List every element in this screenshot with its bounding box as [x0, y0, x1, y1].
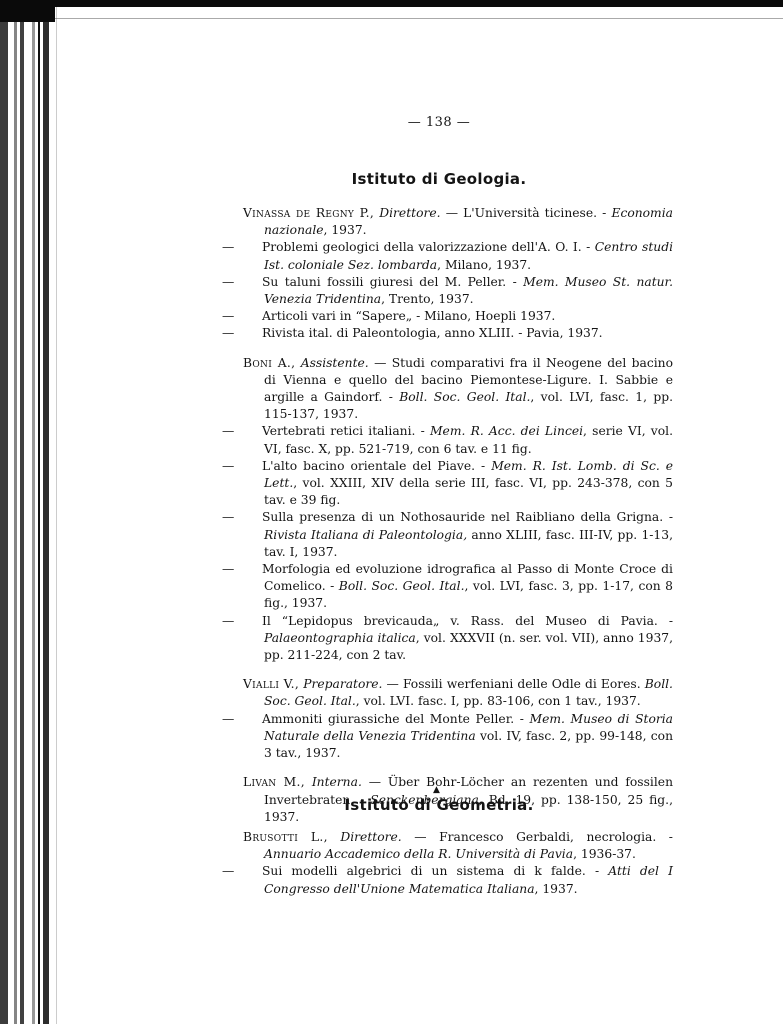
- bib-entry: —L'alto bacino orientale del Piave. - Me…: [243, 458, 673, 510]
- ornament-mark: ▲: [433, 785, 440, 795]
- bib-entry: —Vertebrati retici italiani. - Mem. R. A…: [243, 423, 673, 457]
- scan-top-border: [40, 0, 783, 7]
- author-name: Vialli V.,: [243, 677, 299, 691]
- bib-entry: —Problemi geologici della valorizzazione…: [243, 239, 673, 273]
- bib-entry: Vinassa de Regny P., Direttore. — L'Univ…: [243, 205, 673, 239]
- author-name: Boni A.,: [243, 356, 295, 370]
- bib-entry: —Ammoniti giurassiche del Monte Peller. …: [243, 711, 673, 763]
- author-role: Direttore.: [340, 830, 401, 844]
- bib-entry: Boni A., Assistente. — Studi comparativi…: [243, 355, 673, 424]
- author-block-boni: Boni A., Assistente. — Studi comparativi…: [243, 355, 673, 665]
- bib-entry: —Sui modelli algebrici di un sistema di …: [243, 863, 673, 897]
- binding-edge: [0, 0, 60, 1024]
- page-number: — 138 —: [0, 115, 783, 130]
- author-name: Livan M.,: [243, 775, 305, 789]
- bib-entry: Brusotti L., Direttore. — Francesco Gerb…: [243, 829, 673, 863]
- author-block-vinassa: Vinassa de Regny P., Direttore. — L'Univ…: [243, 205, 673, 343]
- section-title-geologia: Istituto di Geologia.: [0, 170, 783, 188]
- bib-entry: —Su taluni fossili giuresi del M. Peller…: [243, 274, 673, 308]
- section-geometria: Brusotti L., Direttore. — Francesco Gerb…: [243, 829, 673, 906]
- scan-top-line: [55, 18, 783, 19]
- bib-entry: —Il “Lepidopus brevicauda„ v. Rass. del …: [243, 613, 673, 665]
- author-role: Interna.: [312, 775, 362, 789]
- author-role: Assistente.: [301, 356, 369, 370]
- bib-entry: Vialli V., Preparatore. — Fossili werfen…: [243, 676, 673, 710]
- section-geologia: Vinassa de Regny P., Direttore. — L'Univ…: [243, 205, 673, 834]
- author-block-vialli: Vialli V., Preparatore. — Fossili werfen…: [243, 676, 673, 762]
- bib-entry: —Rivista ital. di Paleontologia, anno XL…: [243, 325, 673, 342]
- bib-entry: —Articoli vari in “Sapere„ - Milano, Hoe…: [243, 308, 673, 325]
- author-name: Vinassa de Regny P.,: [243, 206, 374, 220]
- author-block-brusotti: Brusotti L., Direttore. — Francesco Gerb…: [243, 829, 673, 898]
- author-role: Preparatore.: [303, 677, 382, 691]
- author-role: Direttore.: [379, 206, 440, 220]
- bib-entry: —Sulla presenza di un Nothosauride nel R…: [243, 509, 673, 561]
- bib-entry: —Morfologia ed evoluzione idrografica al…: [243, 561, 673, 613]
- section-title-geometria: Istituto di Geometria.: [0, 796, 783, 814]
- author-name: Brusotti L.,: [243, 830, 328, 844]
